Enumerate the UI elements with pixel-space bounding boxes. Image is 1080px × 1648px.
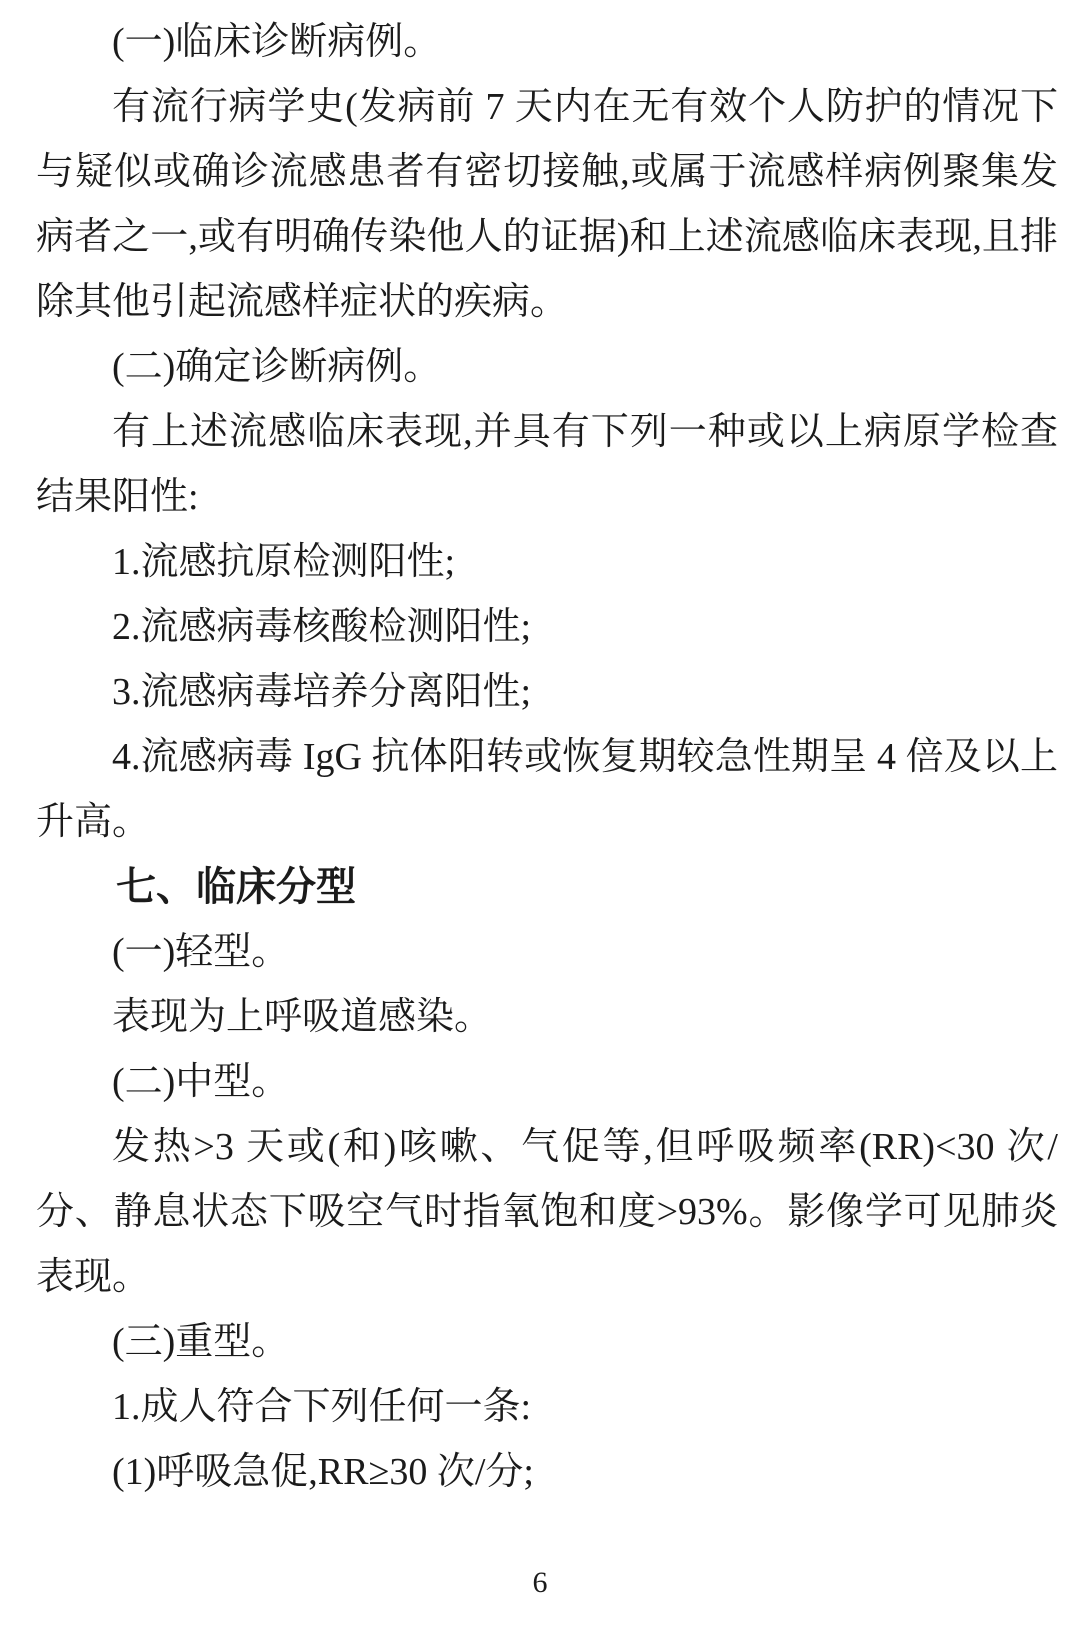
paragraph: (二)确定诊断病例。 [36,335,1058,400]
paragraph: (二)中型。 [36,1050,1058,1115]
paragraph: 3.流感病毒培养分离阳性; [36,660,1058,725]
paragraph: (一)临床诊断病例。 [36,10,1058,75]
document-page: (一)临床诊断病例。有流行病学史(发病前 7 天内在无有效个人防护的情况下与疑似… [0,0,1080,1648]
paragraph: 1.成人符合下列任何一条: [36,1375,1058,1440]
paragraph: 表现为上呼吸道感染。 [36,985,1058,1050]
paragraph: 发热>3 天或(和)咳嗽、气促等,但呼吸频率(RR)<30 次/分、静息状态下吸… [36,1115,1058,1310]
paragraph: (一)轻型。 [36,920,1058,985]
paragraph: 有上述流感临床表现,并具有下列一种或以上病原学检查结果阳性: [36,400,1058,530]
paragraph: (1)呼吸急促,RR≥30 次/分; [36,1440,1058,1505]
page-number: 6 [533,1566,548,1599]
paragraph: 2.流感病毒核酸检测阳性; [36,595,1058,660]
paragraph: (三)重型。 [36,1310,1058,1375]
paragraph: 有流行病学史(发病前 7 天内在无有效个人防护的情况下与疑似或确诊流感患者有密切… [36,75,1058,335]
page-footer: 6 [0,1566,1080,1600]
paragraph: 4.流感病毒 IgG 抗体阳转或恢复期较急性期呈 4 倍及以上升高。 [36,725,1058,855]
section-heading: 七、临床分型 [36,855,1058,920]
paragraph: 1.流感抗原检测阳性; [36,530,1058,595]
document-body: (一)临床诊断病例。有流行病学史(发病前 7 天内在无有效个人防护的情况下与疑似… [0,0,1080,1505]
